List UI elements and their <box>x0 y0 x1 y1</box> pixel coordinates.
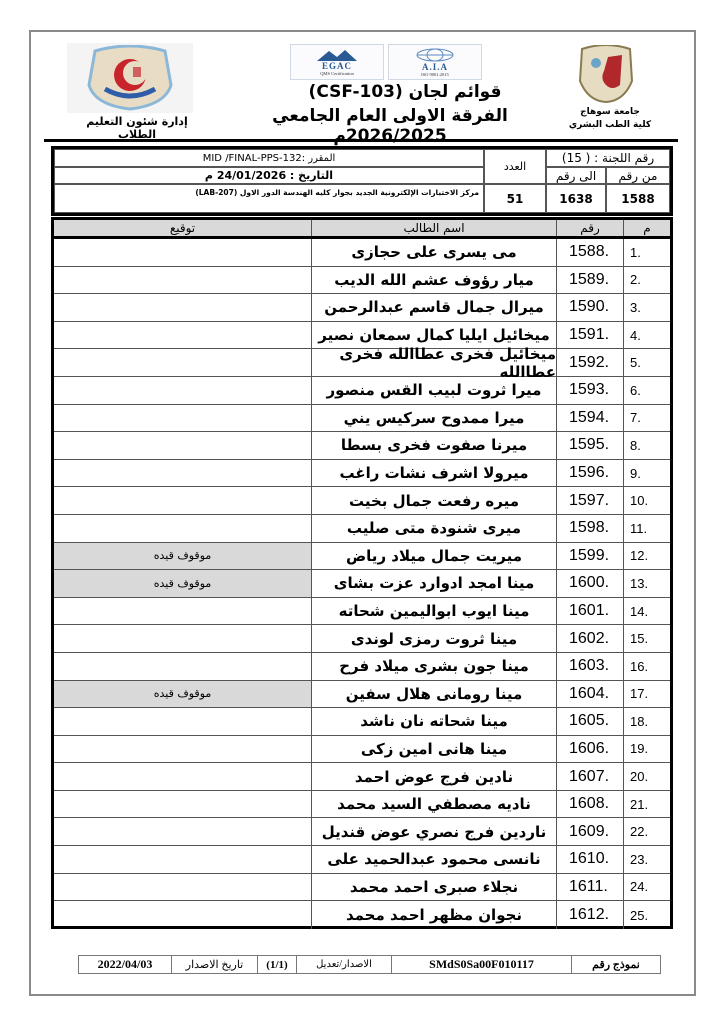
university-caption: جامعة سوهاج كلية الطب البشري <box>565 106 655 132</box>
student-number: 1609. <box>556 818 623 845</box>
signature-cell <box>54 818 311 845</box>
from-number-label: من رقم <box>606 167 670 184</box>
certification-logos: EGAC QMS Certification A.I.A ISO 9001:20… <box>290 44 482 80</box>
header-signature: توقيع <box>54 220 311 236</box>
row-index: 6. <box>623 377 670 404</box>
student-name: ميريت جمال ميلاد رياض <box>311 543 556 570</box>
student-affairs-logo <box>67 43 193 113</box>
student-number: 1589. <box>556 267 623 294</box>
table-row: 14.1601.مينا ايوب ابواليمين شحاته <box>54 598 670 626</box>
row-index: 3. <box>623 294 670 321</box>
student-number: 1601. <box>556 598 623 625</box>
row-index: 16. <box>623 653 670 680</box>
count-label: العدد <box>484 149 546 184</box>
student-name: نجلاء صبرى احمد محمد <box>311 874 556 901</box>
student-name: مينا جون بشرى ميلاد فرح <box>311 653 556 680</box>
table-row: 1.1588.مى يسرى على حجازى <box>54 239 670 267</box>
table-row: 5.1592.ميخائيل فخرى عطاالله فخرى عطاالله <box>54 349 670 377</box>
row-index: 11. <box>623 515 670 542</box>
from-number-value: 1588 <box>606 184 670 213</box>
student-number: 1595. <box>556 432 623 459</box>
table-row: 22.1609.ناردين فرج نصري عوض قنديل <box>54 818 670 846</box>
crescent-hands-emblem-icon <box>75 45 185 111</box>
header-divider <box>44 139 678 142</box>
table-row: 7.1594.ميرا ممدوح سركيس يني <box>54 405 670 433</box>
row-index: 13. <box>623 570 670 597</box>
table-row: 20.1607.نادين فرج عوض احمد <box>54 763 670 791</box>
row-index: 25. <box>623 901 670 929</box>
suspended-status: موقوف قيده <box>54 570 311 597</box>
faculty-name: كلية الطب البشري <box>565 119 655 132</box>
version-label: الاصدار/تعديل <box>296 956 391 973</box>
signature-cell <box>54 763 311 790</box>
page-title: قوائم لجان (CSF-103) <box>280 82 530 102</box>
student-number: 1605. <box>556 708 623 735</box>
signature-cell <box>54 653 311 680</box>
student-name: ناردين فرج نصري عوض قنديل <box>311 818 556 845</box>
student-number: 1594. <box>556 405 623 432</box>
signature-cell <box>54 460 311 487</box>
student-name: مينا امجد ادوارد عزت بشاى <box>311 570 556 597</box>
row-index: 24. <box>623 874 670 901</box>
mountain-icon <box>317 49 357 61</box>
row-index: 8. <box>623 432 670 459</box>
department-name: إدارة شئون التعليم الطلاب <box>72 115 202 141</box>
signature-cell <box>54 791 311 818</box>
row-index: 7. <box>623 405 670 432</box>
committee-info-box: رقم اللجنة : ( 15) من رقم الى رقم 1588 1… <box>51 146 673 216</box>
signature-cell <box>54 239 311 266</box>
signature-cell <box>54 432 311 459</box>
student-name: ناديه مصطفي السيد محمد <box>311 791 556 818</box>
table-row: 24.1611.نجلاء صبرى احمد محمد <box>54 874 670 902</box>
student-number: 1598. <box>556 515 623 542</box>
row-index: 4. <box>623 322 670 349</box>
student-number: 1599. <box>556 543 623 570</box>
row-index: 9. <box>623 460 670 487</box>
university-name: جامعة سوهاج <box>565 106 655 119</box>
student-number: 1611. <box>556 874 623 901</box>
student-name: مينا ثروت رمزى لوندى <box>311 625 556 652</box>
row-index: 21. <box>623 791 670 818</box>
table-row: 21.1608.ناديه مصطفي السيد محمد <box>54 791 670 819</box>
row-index: 10. <box>623 487 670 514</box>
exam-date: التاريخ : 24/01/2026 م <box>54 167 484 184</box>
student-name: ميرولا اشرف نشات راغب <box>311 460 556 487</box>
row-index: 5. <box>623 349 670 376</box>
university-logo <box>572 45 640 103</box>
signature-cell <box>54 322 311 349</box>
table-row: 18.1605.مينا شحاته نان ناشد <box>54 708 670 736</box>
table-row: 3.1590.ميرال جمال قاسم عبدالرحمن <box>54 294 670 322</box>
table-row: 8.1595.ميرنا صفوت فخرى بسطا <box>54 432 670 460</box>
issue-date-value: 2022/04/03 <box>79 956 171 973</box>
course-code: المقرر :MID /FINAL-PPS-132 <box>54 149 484 167</box>
student-number: 1608. <box>556 791 623 818</box>
signature-cell <box>54 377 311 404</box>
student-number: 1606. <box>556 736 623 763</box>
row-index: 22. <box>623 818 670 845</box>
table-row: 25.1612.نجوان مظهر احمد محمد <box>54 901 670 929</box>
student-name: ميرا ثروت لبيب القس منصور <box>311 377 556 404</box>
table-row: 15.1602.مينا ثروت رمزى لوندى <box>54 625 670 653</box>
signature-cell <box>54 874 311 901</box>
suspended-status: موقوف قيده <box>54 681 311 708</box>
row-index: 14. <box>623 598 670 625</box>
row-index: 2. <box>623 267 670 294</box>
student-number: 1597. <box>556 487 623 514</box>
signature-cell <box>54 405 311 432</box>
student-number: 1603. <box>556 653 623 680</box>
table-row: 9.1596.ميرولا اشرف نشات راغب <box>54 460 670 488</box>
table-row: 17.1604.مينا رومانى هلال سفينموقوف قيده <box>54 681 670 709</box>
student-number: 1590. <box>556 294 623 321</box>
table-row: 16.1603.مينا جون بشرى ميلاد فرح <box>54 653 670 681</box>
exam-location: مركز الاختبارات الإلكترونية الجديد بجوار… <box>54 184 484 213</box>
egac-certification-badge: EGAC QMS Certification <box>290 44 384 80</box>
signature-cell <box>54 487 311 514</box>
student-name: مى يسرى على حجازى <box>311 239 556 266</box>
student-number: 1602. <box>556 625 623 652</box>
student-name: نجوان مظهر احمد محمد <box>311 901 556 929</box>
student-number: 1593. <box>556 377 623 404</box>
suspended-status: موقوف قيده <box>54 543 311 570</box>
row-index: 19. <box>623 736 670 763</box>
signature-cell <box>54 625 311 652</box>
signature-cell <box>54 349 311 376</box>
student-number: 1610. <box>556 846 623 873</box>
row-index: 12. <box>623 543 670 570</box>
header-number: رقم <box>556 220 623 236</box>
student-number: 1607. <box>556 763 623 790</box>
signature-cell <box>54 901 311 929</box>
student-name: ميرنا صفوت فخرى بسطا <box>311 432 556 459</box>
row-index: 20. <box>623 763 670 790</box>
student-name: ميرى شنودة متى صليب <box>311 515 556 542</box>
table-row: 11.1598.ميرى شنودة متى صليب <box>54 515 670 543</box>
row-index: 1. <box>623 239 670 266</box>
table-row: 12.1599.ميريت جمال ميلاد رياضموقوف قيده <box>54 543 670 571</box>
signature-cell <box>54 708 311 735</box>
table-body: 1.1588.مى يسرى على حجازى2.1589.ميار رؤوف… <box>54 239 670 929</box>
to-number-value: 1638 <box>546 184 606 213</box>
students-table: م رقم اسم الطالب توقيع 1.1588.مى يسرى عل… <box>51 217 673 929</box>
student-name: ميرا ممدوح سركيس يني <box>311 405 556 432</box>
table-row: 19.1606.مينا هانى امين زكى <box>54 736 670 764</box>
form-footer: نموذج رقم SMdS0Sa00F010117 الاصدار/تعديل… <box>78 955 661 974</box>
student-name: مينا ايوب ابواليمين شحاته <box>311 598 556 625</box>
student-name: ميرال جمال قاسم عبدالرحمن <box>311 294 556 321</box>
row-index: 17. <box>623 681 670 708</box>
signature-cell <box>54 846 311 873</box>
table-row: 23.1610.نانسى محمود عبدالحميد على <box>54 846 670 874</box>
table-row: 13.1600.مينا امجد ادوارد عزت بشاىموقوف ق… <box>54 570 670 598</box>
university-crest-icon <box>574 45 638 103</box>
student-name: نادين فرج عوض احمد <box>311 763 556 790</box>
globe-icon <box>415 48 455 62</box>
signature-cell <box>54 736 311 763</box>
signature-cell <box>54 515 311 542</box>
student-name: مينا هانى امين زكى <box>311 736 556 763</box>
student-number: 1604. <box>556 681 623 708</box>
student-number: 1600. <box>556 570 623 597</box>
student-number: 1612. <box>556 901 623 929</box>
form-number-label: نموذج رقم <box>571 956 660 973</box>
signature-cell <box>54 267 311 294</box>
header-name: اسم الطالب <box>311 220 556 236</box>
student-number: 1596. <box>556 460 623 487</box>
version-value: (1/1) <box>257 956 296 973</box>
student-name: ميار رؤوف عشم الله الديب <box>311 267 556 294</box>
signature-cell <box>54 294 311 321</box>
count-value: 51 <box>484 184 546 213</box>
student-number: 1588. <box>556 239 623 266</box>
student-name: ميره رفعت جمال بخيت <box>311 487 556 514</box>
row-index: 18. <box>623 708 670 735</box>
student-name: نانسى محمود عبدالحميد على <box>311 846 556 873</box>
student-name: مينا رومانى هلال سفين <box>311 681 556 708</box>
committee-number: رقم اللجنة : ( 15) <box>546 149 670 167</box>
student-name: ميخائيل فخرى عطاالله فخرى عطاالله <box>311 349 556 376</box>
signature-cell <box>54 598 311 625</box>
student-number: 1592. <box>556 349 623 376</box>
student-name: مينا شحاته نان ناشد <box>311 708 556 735</box>
aia-certification-badge: A.I.A ISO 9001:2015 <box>388 44 482 80</box>
table-row: 6.1593.ميرا ثروت لبيب القس منصور <box>54 377 670 405</box>
table-row: 2.1589.ميار رؤوف عشم الله الديب <box>54 267 670 295</box>
student-number: 1591. <box>556 322 623 349</box>
issue-date-label: تاريخ الاصدار <box>171 956 257 973</box>
table-header: م رقم اسم الطالب توقيع <box>54 220 670 239</box>
to-number-label: الى رقم <box>546 167 606 184</box>
row-index: 15. <box>623 625 670 652</box>
row-index: 23. <box>623 846 670 873</box>
form-code: SMdS0Sa00F010117 <box>391 956 571 973</box>
header-index: م <box>623 220 670 236</box>
table-row: 10.1597.ميره رفعت جمال بخيت <box>54 487 670 515</box>
